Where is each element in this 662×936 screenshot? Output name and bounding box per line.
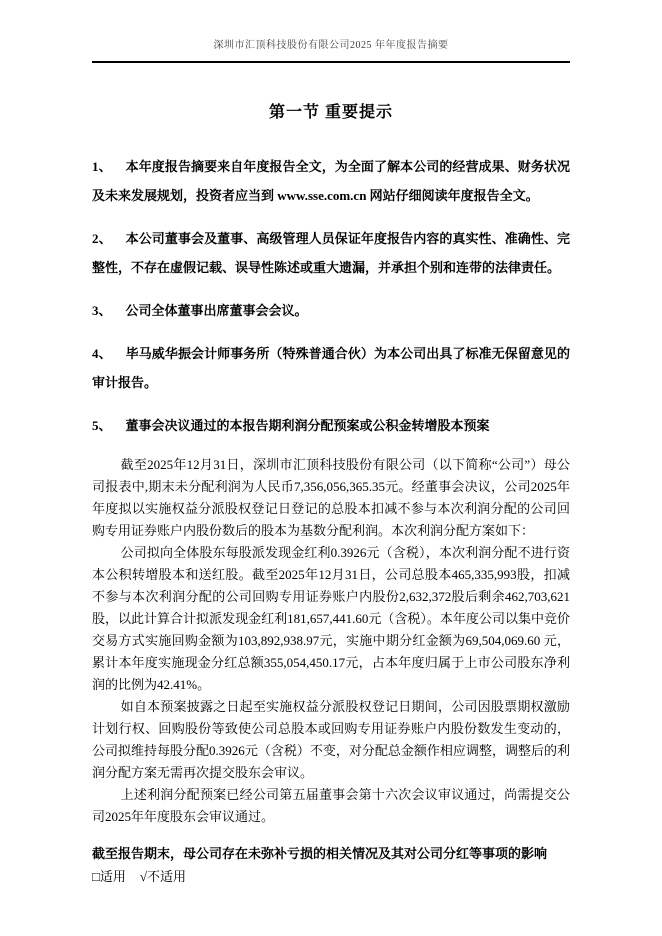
running-header: 深圳市汇顶科技股份有限公司2025 年年度报告摘要 bbox=[92, 36, 570, 63]
item-number: 5、 bbox=[92, 418, 112, 433]
section-title: 第一节 重要提示 bbox=[92, 99, 570, 122]
numbered-item-3: 3、公司全体董事出席董事会会议。 bbox=[92, 296, 570, 325]
item-text: 本年度报告摘要来自年度报告全文，为全面了解本公司的经营成果、财务状况及未来发展规… bbox=[92, 159, 570, 203]
item-text: 毕马威华振会计师事务所（特殊普通合伙）为本公司出具了标准无保留意见的审计报告。 bbox=[92, 346, 570, 390]
body-paragraph: 截至2025年12月31日，深圳市汇顶科技股份有限公司（以下简称“公司”）母公司… bbox=[92, 454, 570, 542]
item-number: 2、 bbox=[92, 231, 112, 246]
numbered-item-4: 4、毕马威华振会计师事务所（特殊普通合伙）为本公司出具了标准无保留意见的审计报告… bbox=[92, 339, 570, 397]
item-text: 公司全体董事出席董事会会议。 bbox=[126, 303, 308, 318]
body-paragraph: 公司拟向全体股东每股派发现金红利0.3926元（含税），本次利润分配不进行资本公… bbox=[92, 542, 570, 696]
document-page: 深圳市汇顶科技股份有限公司2025 年年度报告摘要 第一节 重要提示 1、本年度… bbox=[0, 0, 662, 936]
not-applicable-checked-option: √不适用 bbox=[140, 869, 186, 884]
numbered-item-1: 1、本年度报告摘要来自年度报告全文，为全面了解本公司的经营成果、财务状况及未来发… bbox=[92, 152, 570, 210]
body-paragraph: 如自本预案披露之日起至实施权益分派股权登记日期间，公司因股票期权激励计划行权、回… bbox=[92, 696, 570, 784]
applicable-unchecked-option: □适用 bbox=[92, 869, 126, 884]
item-number: 4、 bbox=[92, 346, 112, 361]
numbered-item-2: 2、本公司董事会及董事、高级管理人员保证年度报告内容的真实性、准确性、完整性，不… bbox=[92, 224, 570, 282]
profit-distribution-section: 截至2025年12月31日，深圳市汇顶科技股份有限公司（以下简称“公司”）母公司… bbox=[92, 454, 570, 828]
item-number: 1、 bbox=[92, 159, 112, 174]
item-text: 董事会决议通过的本报告期利润分配预案或公积金转增股本预案 bbox=[126, 418, 490, 433]
running-header-text: 深圳市汇顶科技股份有限公司2025 年年度报告摘要 bbox=[214, 40, 449, 51]
applicability-row: □适用√不适用 bbox=[92, 867, 570, 887]
item-text: 本公司董事会及董事、高级管理人员保证年度报告内容的真实性、准确性、完整性，不存在… bbox=[92, 231, 570, 275]
numbered-item-5: 5、董事会决议通过的本报告期利润分配预案或公积金转增股本预案 bbox=[92, 411, 570, 440]
item-number: 3、 bbox=[92, 303, 112, 318]
sub-heading-uncovered-losses: 截至报告期末，母公司存在未弥补亏损的相关情况及其对公司分红等事项的影响 bbox=[92, 844, 570, 864]
body-paragraph: 上述利润分配预案已经公司第五届董事会第十六次会议审议通过，尚需提交公司2025年… bbox=[92, 784, 570, 828]
